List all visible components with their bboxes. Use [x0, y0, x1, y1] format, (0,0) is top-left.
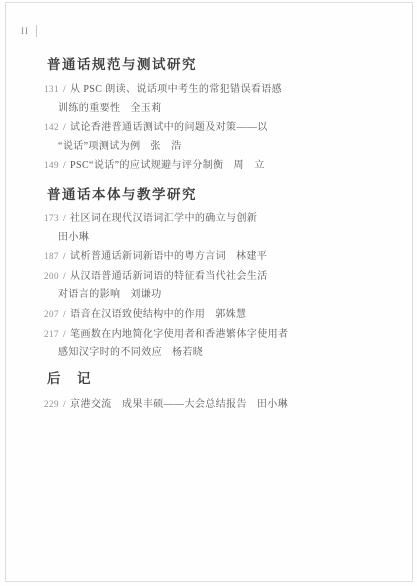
- entry-page-number: 200: [44, 267, 60, 286]
- entry-author: 刘谦功: [130, 286, 161, 305]
- entry-line: 229 / 京港交流 成果丰硕——大会总结报告 田小琳: [44, 395, 401, 415]
- entry-title: 社区词在现代汉语词汇学中的确立与创新: [70, 210, 257, 229]
- folio-divider: [36, 25, 37, 37]
- entry-author: 全玉莉: [130, 100, 161, 119]
- entry-author: 林建平: [236, 248, 267, 267]
- entry-line: 训练的重要性 全玉莉: [44, 100, 401, 119]
- entry-page-number: 229: [44, 395, 60, 414]
- toc-entry: 187 / 试析普通话新词新语中的粤方言词 林建平: [44, 247, 401, 267]
- entry-title: 京港交流 成果丰硕——大会总结报告: [70, 396, 247, 415]
- entry-author: 田小琳: [257, 396, 288, 415]
- entry-title-continuation: 训练的重要性: [58, 100, 120, 119]
- entry-separator: /: [63, 268, 66, 287]
- entry-author: 杨若晓: [172, 344, 203, 363]
- folio: II: [21, 25, 37, 37]
- folio-number: II: [21, 26, 29, 36]
- entry-separator: /: [63, 306, 66, 325]
- section-heading: 普通话本体与教学研究: [44, 187, 401, 203]
- entry-title: 从汉语普通话新词语的特征看当代社会生活: [70, 268, 268, 287]
- section-heading: 普通话规范与测试研究: [44, 57, 401, 73]
- entry-separator: /: [63, 396, 66, 415]
- entry-line: “说话”项测试为例 张 浩: [44, 138, 401, 157]
- entry-line: 217 / 笔画数在内地简化字使用者和香港繁体字使用者: [44, 325, 401, 345]
- section-heading: 后 记: [44, 371, 401, 387]
- toc-entry: 207 / 语音在汉语致使结构中的作用 郭姝慧: [44, 305, 401, 325]
- entry-title: 从 PSC 朗读、说话项中考生的常犯错误看语感: [70, 81, 282, 100]
- entry-line: 田小琳: [44, 229, 401, 248]
- entry-title-continuation: 对语言的影响: [58, 286, 120, 305]
- entry-line: 200 / 从汉语普通话新词语的特征看当代社会生活: [44, 267, 401, 287]
- toc-entry: 229 / 京港交流 成果丰硕——大会总结报告 田小琳: [44, 395, 401, 415]
- toc-entry: 217 / 笔画数在内地简化字使用者和香港繁体字使用者 感知汉字时的不同效应 杨…: [44, 325, 401, 363]
- toc-entry: 142 / 试论香港普通话测试中的问题及对策——以 “说话”项测试为例 张 浩: [44, 118, 401, 156]
- entry-page-number: 131: [44, 80, 60, 99]
- entry-line: 207 / 语音在汉语致使结构中的作用 郭姝慧: [44, 305, 401, 325]
- entry-separator: /: [63, 81, 66, 100]
- entry-author: 张 浩: [150, 138, 181, 157]
- entry-separator: /: [63, 248, 66, 267]
- entry-line: 131 / 从 PSC 朗读、说话项中考生的常犯错误看语感: [44, 80, 401, 100]
- entry-line: 149 / PSC“说话”的应试规避与评分制衡 周 立: [44, 156, 401, 176]
- entry-page-number: 207: [44, 305, 60, 324]
- entry-author: 田小琳: [58, 229, 89, 248]
- entry-separator: /: [63, 157, 66, 176]
- entry-title: 试论香港普通话测试中的问题及对策——以: [70, 119, 268, 138]
- entry-author: 周 立: [234, 157, 265, 176]
- entry-page-number: 217: [44, 325, 60, 344]
- entry-title-continuation: “说话”项测试为例: [58, 138, 140, 157]
- toc-entry: 131 / 从 PSC 朗读、说话项中考生的常犯错误看语感 训练的重要性 全玉莉: [44, 80, 401, 118]
- toc-entry: 173 / 社区词在现代汉语词汇学中的确立与创新 田小琳: [44, 209, 401, 247]
- entry-line: 142 / 试论香港普通话测试中的问题及对策——以: [44, 118, 401, 138]
- table-of-contents: 普通话规范与测试研究 131 / 从 PSC 朗读、说话项中考生的常犯错误看语感…: [44, 0, 401, 414]
- entry-line: 感知汉字时的不同效应 杨若晓: [44, 344, 401, 363]
- toc-entry: 149 / PSC“说话”的应试规避与评分制衡 周 立: [44, 156, 401, 176]
- entry-title: 语音在汉语致使结构中的作用: [70, 306, 205, 325]
- entry-author: 郭姝慧: [215, 306, 246, 325]
- entry-separator: /: [63, 119, 66, 138]
- entry-line: 187 / 试析普通话新词新语中的粤方言词 林建平: [44, 247, 401, 267]
- entry-page-number: 149: [44, 156, 60, 175]
- entry-line: 对语言的影响 刘谦功: [44, 286, 401, 305]
- entry-title-continuation: 感知汉字时的不同效应: [58, 344, 162, 363]
- entry-page-number: 173: [44, 209, 60, 228]
- entry-page-number: 142: [44, 118, 60, 137]
- entry-separator: /: [63, 210, 66, 229]
- entry-title: PSC“说话”的应试规避与评分制衡: [70, 157, 223, 176]
- book-page: II 普通话规范与测试研究 131 / 从 PSC 朗读、说话项中考生的常犯错误…: [0, 0, 417, 586]
- entry-separator: /: [63, 326, 66, 345]
- entry-page-number: 187: [44, 247, 60, 266]
- entry-title: 试析普通话新词新语中的粤方言词: [70, 248, 226, 267]
- entry-line: 173 / 社区词在现代汉语词汇学中的确立与创新: [44, 209, 401, 229]
- entry-title: 笔画数在内地简化字使用者和香港繁体字使用者: [70, 326, 288, 345]
- toc-entry: 200 / 从汉语普通话新词语的特征看当代社会生活 对语言的影响 刘谦功: [44, 267, 401, 305]
